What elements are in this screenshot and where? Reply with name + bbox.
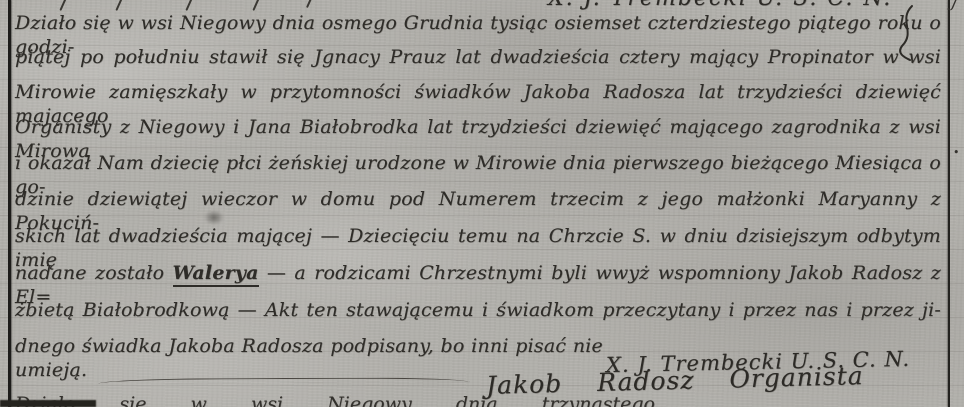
right-column-rule (948, 0, 950, 407)
stroke-fragment (115, 0, 122, 11)
register-page-scan: X. J. Trembecki U. S. C. N. J • Działo s… (0, 0, 964, 407)
previous-record-signature: X. J. Trembecki U. S. C. N. (548, 0, 908, 11)
stroke-fragment (306, 0, 312, 8)
record-line-2: piątej po południu stawił się Jgnacy Pra… (15, 45, 941, 69)
stroke-fragment (59, 0, 66, 11)
record-line-8-prefix: nadane zostało (15, 262, 173, 284)
ink-smudge (204, 210, 224, 225)
edge-ink-mark: • (953, 146, 960, 159)
stroke-fragment (185, 0, 192, 11)
child-name: Walerya (173, 262, 259, 287)
scan-edge-artifact (0, 400, 96, 407)
record-line-9: żbietą Białobrodkową — Akt ten stawające… (15, 298, 941, 322)
edge-ink-mark: J (949, 0, 958, 12)
next-record-opening: Działo się w wsi Niegowy dnia trzynasteg… (15, 393, 655, 407)
left-margin-rule (8, 0, 11, 407)
stroke-fragment (252, 0, 259, 11)
